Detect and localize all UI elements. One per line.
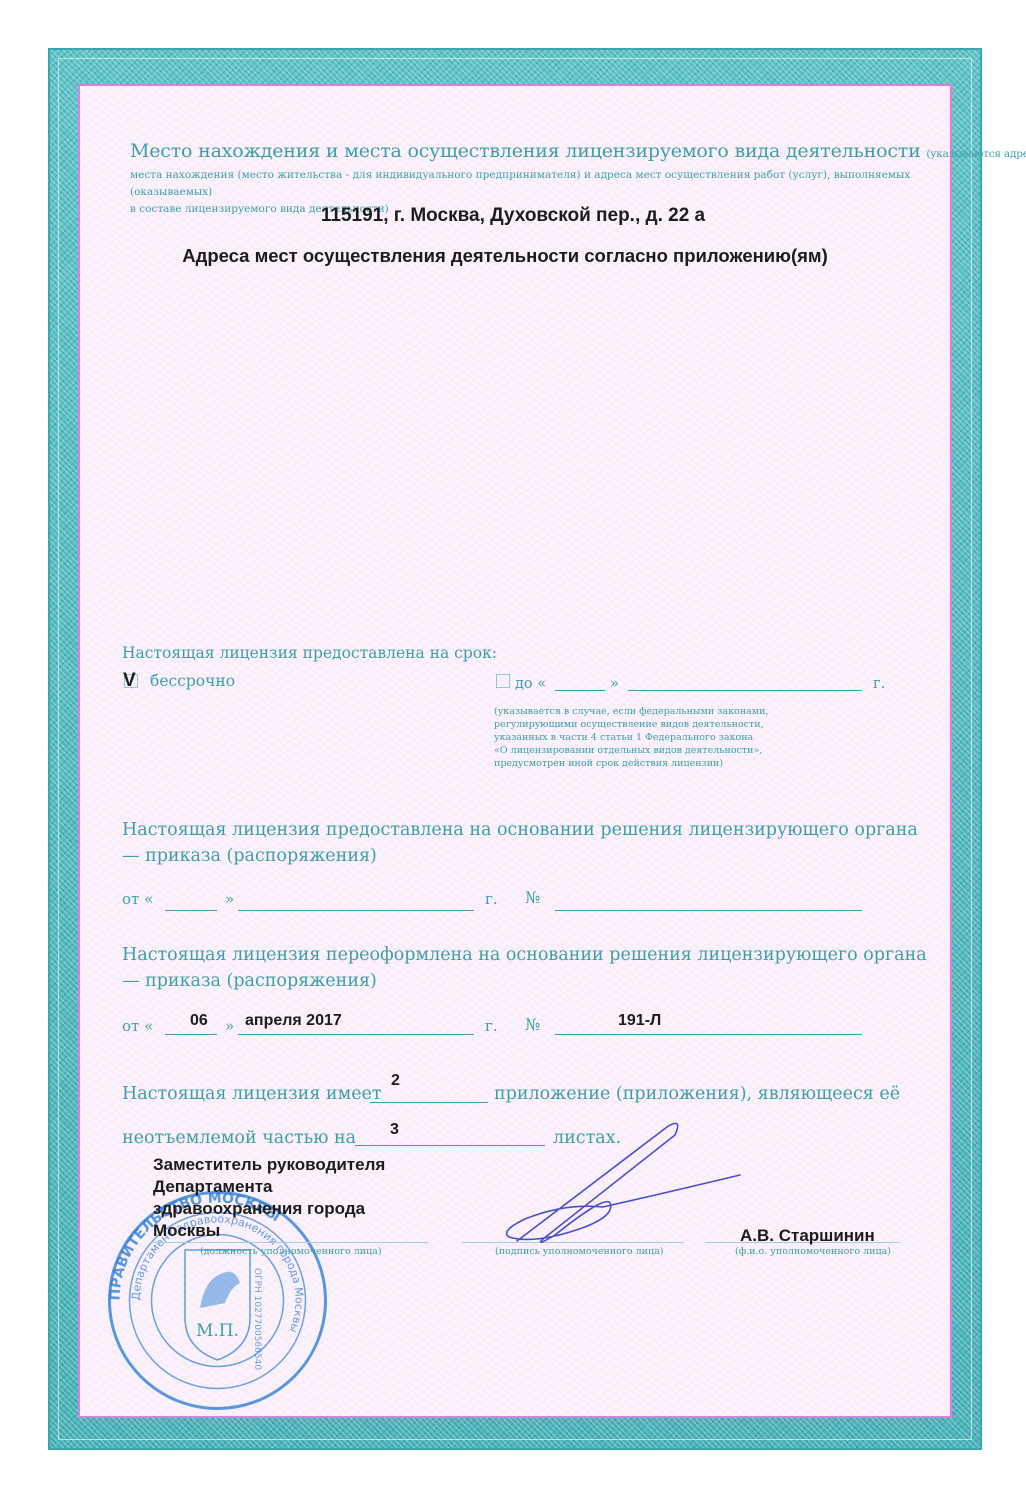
unlimited-label: бессрочно (150, 672, 235, 690)
granted-year-suffix: г. (485, 890, 498, 908)
reissued-number-value: 191-Л (618, 1012, 661, 1030)
granted-number-sign: № (525, 888, 540, 907)
reissued-number-sign: № (525, 1015, 540, 1034)
reissued-line2: — приказа (распоряжения) (122, 971, 377, 991)
until-year-suffix: г. (873, 676, 885, 692)
granted-month-year-field[interactable] (238, 910, 474, 911)
reissued-month-year-value: апреля 2017 (245, 1012, 342, 1030)
reissued-year-suffix: г. (485, 1017, 498, 1035)
appendix-line2-prefix: неотъемлемой частью на (122, 1128, 356, 1148)
term-note-line: «О лицензировании отдельных видов деятел… (494, 744, 768, 757)
stamp-ogrn: ОГРН 1027700566540 (252, 1268, 262, 1370)
signatory-position-line: Москвы (153, 1220, 385, 1242)
name-caption: (ф.и.о. уполномоченного лица) (735, 1246, 891, 1257)
signatory-position-line: Департамента (153, 1176, 385, 1198)
granted-line2: — приказа (распоряжения) (122, 846, 377, 866)
section-subtitle-line1: места нахождения (место жительства - для… (130, 167, 930, 201)
signatory-position-line: Заместитель руководителя (153, 1154, 385, 1176)
term-note-line: предусмотрен иной срок действия лицензии… (494, 757, 768, 770)
reissued-day-field[interactable] (165, 1034, 217, 1035)
appendix-count-field[interactable] (370, 1102, 488, 1103)
granted-from: от « (122, 890, 153, 908)
reissued-month-year-field[interactable] (238, 1034, 474, 1035)
appendix-line1-prefix: Настоящая лицензия имеет (122, 1084, 382, 1104)
granted-day-field[interactable] (165, 910, 217, 911)
position-line (150, 1242, 428, 1243)
granted-line1: Настоящая лицензия предоставлена на осно… (122, 820, 918, 840)
main-address: 115191, г. Москва, Духовской пер., д. 22… (0, 205, 1026, 227)
appendix-sheets-value: 3 (390, 1121, 399, 1139)
term-note-line: регулирующими осуществление видов деятел… (494, 718, 768, 731)
until-close-quote: » (610, 676, 619, 692)
term-note-line: (указывается в случае, если федеральными… (494, 705, 768, 718)
appendix-line1-suffix: приложение (приложения), являющееся её (494, 1084, 900, 1104)
unlimited-check-mark: V (123, 670, 136, 692)
signatory-position: Заместитель руководителя Департамента зд… (153, 1154, 385, 1242)
until-day-field[interactable] (555, 690, 605, 691)
signatory-position-line: здравоохранения города (153, 1198, 385, 1220)
until-month-year-field[interactable] (628, 690, 862, 691)
term-note-line: указанных в части 4 статьи 1 Федеральног… (494, 731, 768, 744)
appendix-count-value: 2 (391, 1072, 400, 1090)
granted-number-field[interactable] (555, 910, 862, 911)
term-label: Настоящая лицензия предоставлена на срок… (122, 644, 497, 662)
reissued-line1: Настоящая лицензия переоформлена на осно… (122, 945, 927, 965)
moscow-coat-of-arms-icon (185, 1250, 250, 1360)
activity-addresses: Адреса мест осуществления деятельности с… (0, 245, 1010, 267)
section-title: Место нахождения и места осуществления л… (130, 140, 1026, 162)
handwritten-signature (495, 1115, 755, 1255)
signatory-name: А.В. Старшинин (740, 1226, 875, 1246)
granted-close-quote: » (225, 890, 234, 908)
reissued-close-quote: » (225, 1017, 234, 1035)
term-note: (указывается в случае, если федеральными… (494, 705, 768, 770)
section-title-text: Место нахождения и места осуществления л… (130, 140, 921, 162)
until-label: до « (515, 676, 546, 692)
reissued-number-field[interactable] (555, 1034, 862, 1035)
position-caption: (должность уполномоченного лица) (200, 1246, 382, 1257)
reissued-day-value: 06 (190, 1012, 208, 1030)
reissued-from: от « (122, 1017, 153, 1035)
until-checkbox[interactable] (496, 674, 510, 688)
section-title-note: (указываются адрес (926, 148, 1026, 160)
stamp-mp-label: М.П. (196, 1321, 239, 1341)
